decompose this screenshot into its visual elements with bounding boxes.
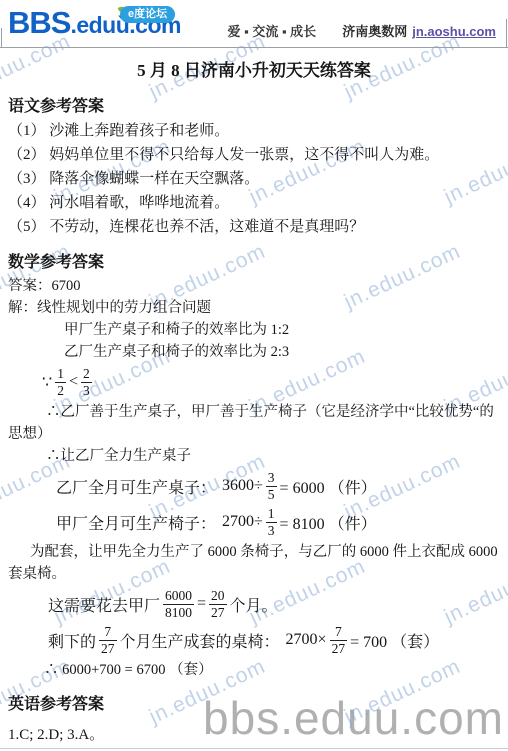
math-eq-total: ∴ 6000+700 = 6700 （套）	[8, 659, 500, 681]
fraction-two-thirds: 23	[81, 366, 92, 398]
less-than-symbol: <	[69, 373, 78, 391]
fraction-three-fifths: 35	[266, 470, 277, 502]
eq-yi-pre: 3600÷	[222, 477, 263, 495]
chinese-item-1: （1） 沙滩上奔跑着孩子和老师。	[8, 119, 500, 143]
math-eq-yi-tables: 乙厂全月可生产桌子： 3600÷ 35 = 6000 （件）	[8, 469, 500, 503]
math-eq-months: 这需要花去甲厂 60008100 = 2027 个月。	[8, 587, 500, 621]
eq-months-post: 个月。	[230, 593, 278, 616]
chinese-item-3: （3） 降落伞像蝴蝶一样在天空飘落。	[8, 167, 500, 191]
math-conclusion-1: ∴乙厂善于生产桌子，甲厂善于生产椅子（它是经济学中“比较优势“的思想）	[8, 401, 500, 445]
header-slogan: 爱 ▪ 交流 ▪ 成长	[228, 21, 317, 40]
because-symbol: ∵	[42, 372, 52, 392]
site-header: BBS.eduǔ.com e度论坛 爱 ▪ 交流 ▪ 成长 济南奥数网 jn.a…	[0, 0, 508, 48]
eq-yi-post: = 6000 （件）	[280, 475, 377, 498]
math-because-line: ∵ 12 < 23	[8, 365, 500, 399]
site-link[interactable]: jn.aoshu.com	[412, 24, 496, 39]
section-heading-chinese: 语文参考答案	[8, 97, 500, 117]
math-answer: 答案：6700	[8, 275, 500, 297]
chinese-item-5: （5） 不劳动，连棵花也养不活，这难道不是真理吗？	[8, 215, 500, 239]
fraction-one-third: 13	[266, 506, 277, 538]
eq-jia-pre: 2700÷	[222, 513, 263, 531]
logo-edu-text: .edu	[70, 12, 115, 39]
math-eq-jia-chairs: 甲厂全月可生产椅子： 2700÷ 13 = 8100 （件）	[8, 505, 500, 539]
edu-forum-badge: e度论坛	[120, 6, 175, 23]
fraction-6000-8100: 60008100	[163, 588, 194, 620]
math-paragraph-pairing: 为配套，让甲先全力生产了 6000 条椅子，与乙厂的 6000 件上衣配成 60…	[8, 541, 500, 585]
header-left-border	[1, 28, 2, 47]
eq-sets-post: = 700 （套）	[350, 629, 439, 652]
chinese-item-2: （2） 妈妈单位里不得不只给每人发一张票，这不得不叫人为难。	[8, 143, 500, 167]
page-title: 5 月 8 日济南小升初天天练答案	[8, 59, 500, 83]
header-right: 爱 ▪ 交流 ▪ 成长 济南奥数网 jn.aoshu.com	[228, 21, 496, 40]
fraction-one-half: 12	[55, 366, 66, 398]
math-conclusion-2: ∴让乙厂全力生产桌子	[8, 445, 500, 467]
eq-sets-pre: 剩下的	[48, 629, 96, 652]
chinese-answers-list: （1） 沙滩上奔跑着孩子和老师。 （2） 妈妈单位里不得不只给每人发一张票，这不…	[8, 119, 500, 239]
bbs-eduu-logo[interactable]: BBS.eduǔ.com e度论坛	[8, 6, 181, 40]
math-eq-sets: 剩下的 727 个月生产成套的桌椅： 2700× 727 = 700 （套）	[8, 623, 500, 657]
site-name: 济南奥数网	[342, 21, 407, 40]
english-answers: 1.C; 2.D; 3.A。	[8, 725, 500, 745]
chinese-item-4: （4） 河水唱着歌，哗哗地流着。	[8, 191, 500, 215]
page: bbs.eduu.com jn.eduu.comjn.eduu.comjn.ed…	[0, 0, 508, 751]
math-ratio-jia: 甲厂生产桌子和椅子的效率比为 1:2	[8, 319, 500, 341]
fraction-7-27-b: 727	[330, 624, 348, 656]
math-ratio-yi: 乙厂生产桌子和椅子的效率比为 2:3	[8, 341, 500, 363]
eq-jia-post: = 8100 （件）	[280, 511, 377, 534]
bottom-divider	[0, 748, 508, 749]
section-heading-english: 英语参考答案	[8, 695, 500, 715]
fraction-7-27-a: 727	[99, 624, 117, 656]
eq-sets-mid: 个月生产成套的桌椅：	[120, 629, 280, 652]
header-right-border	[506, 19, 507, 47]
section-heading-math: 数学参考答案	[8, 253, 500, 273]
fraction-20-27: 2027	[209, 588, 227, 620]
eq-jia-label: 甲厂全月可生产椅子：	[56, 511, 216, 534]
eq-sets-pre2: 2700×	[286, 631, 327, 649]
eq-months-pre: 这需要花去甲厂	[48, 593, 160, 616]
math-solution-intro: 解：线性规划中的劳力组合问题	[8, 297, 500, 319]
eq-months-equals: =	[197, 595, 206, 613]
eq-yi-label: 乙厂全月可生产桌子：	[56, 475, 216, 498]
document-content: BBS.eduǔ.com e度论坛 爱 ▪ 交流 ▪ 成长 济南奥数网 jn.a…	[0, 0, 508, 745]
logo-bbs-text: BBS	[8, 6, 70, 40]
